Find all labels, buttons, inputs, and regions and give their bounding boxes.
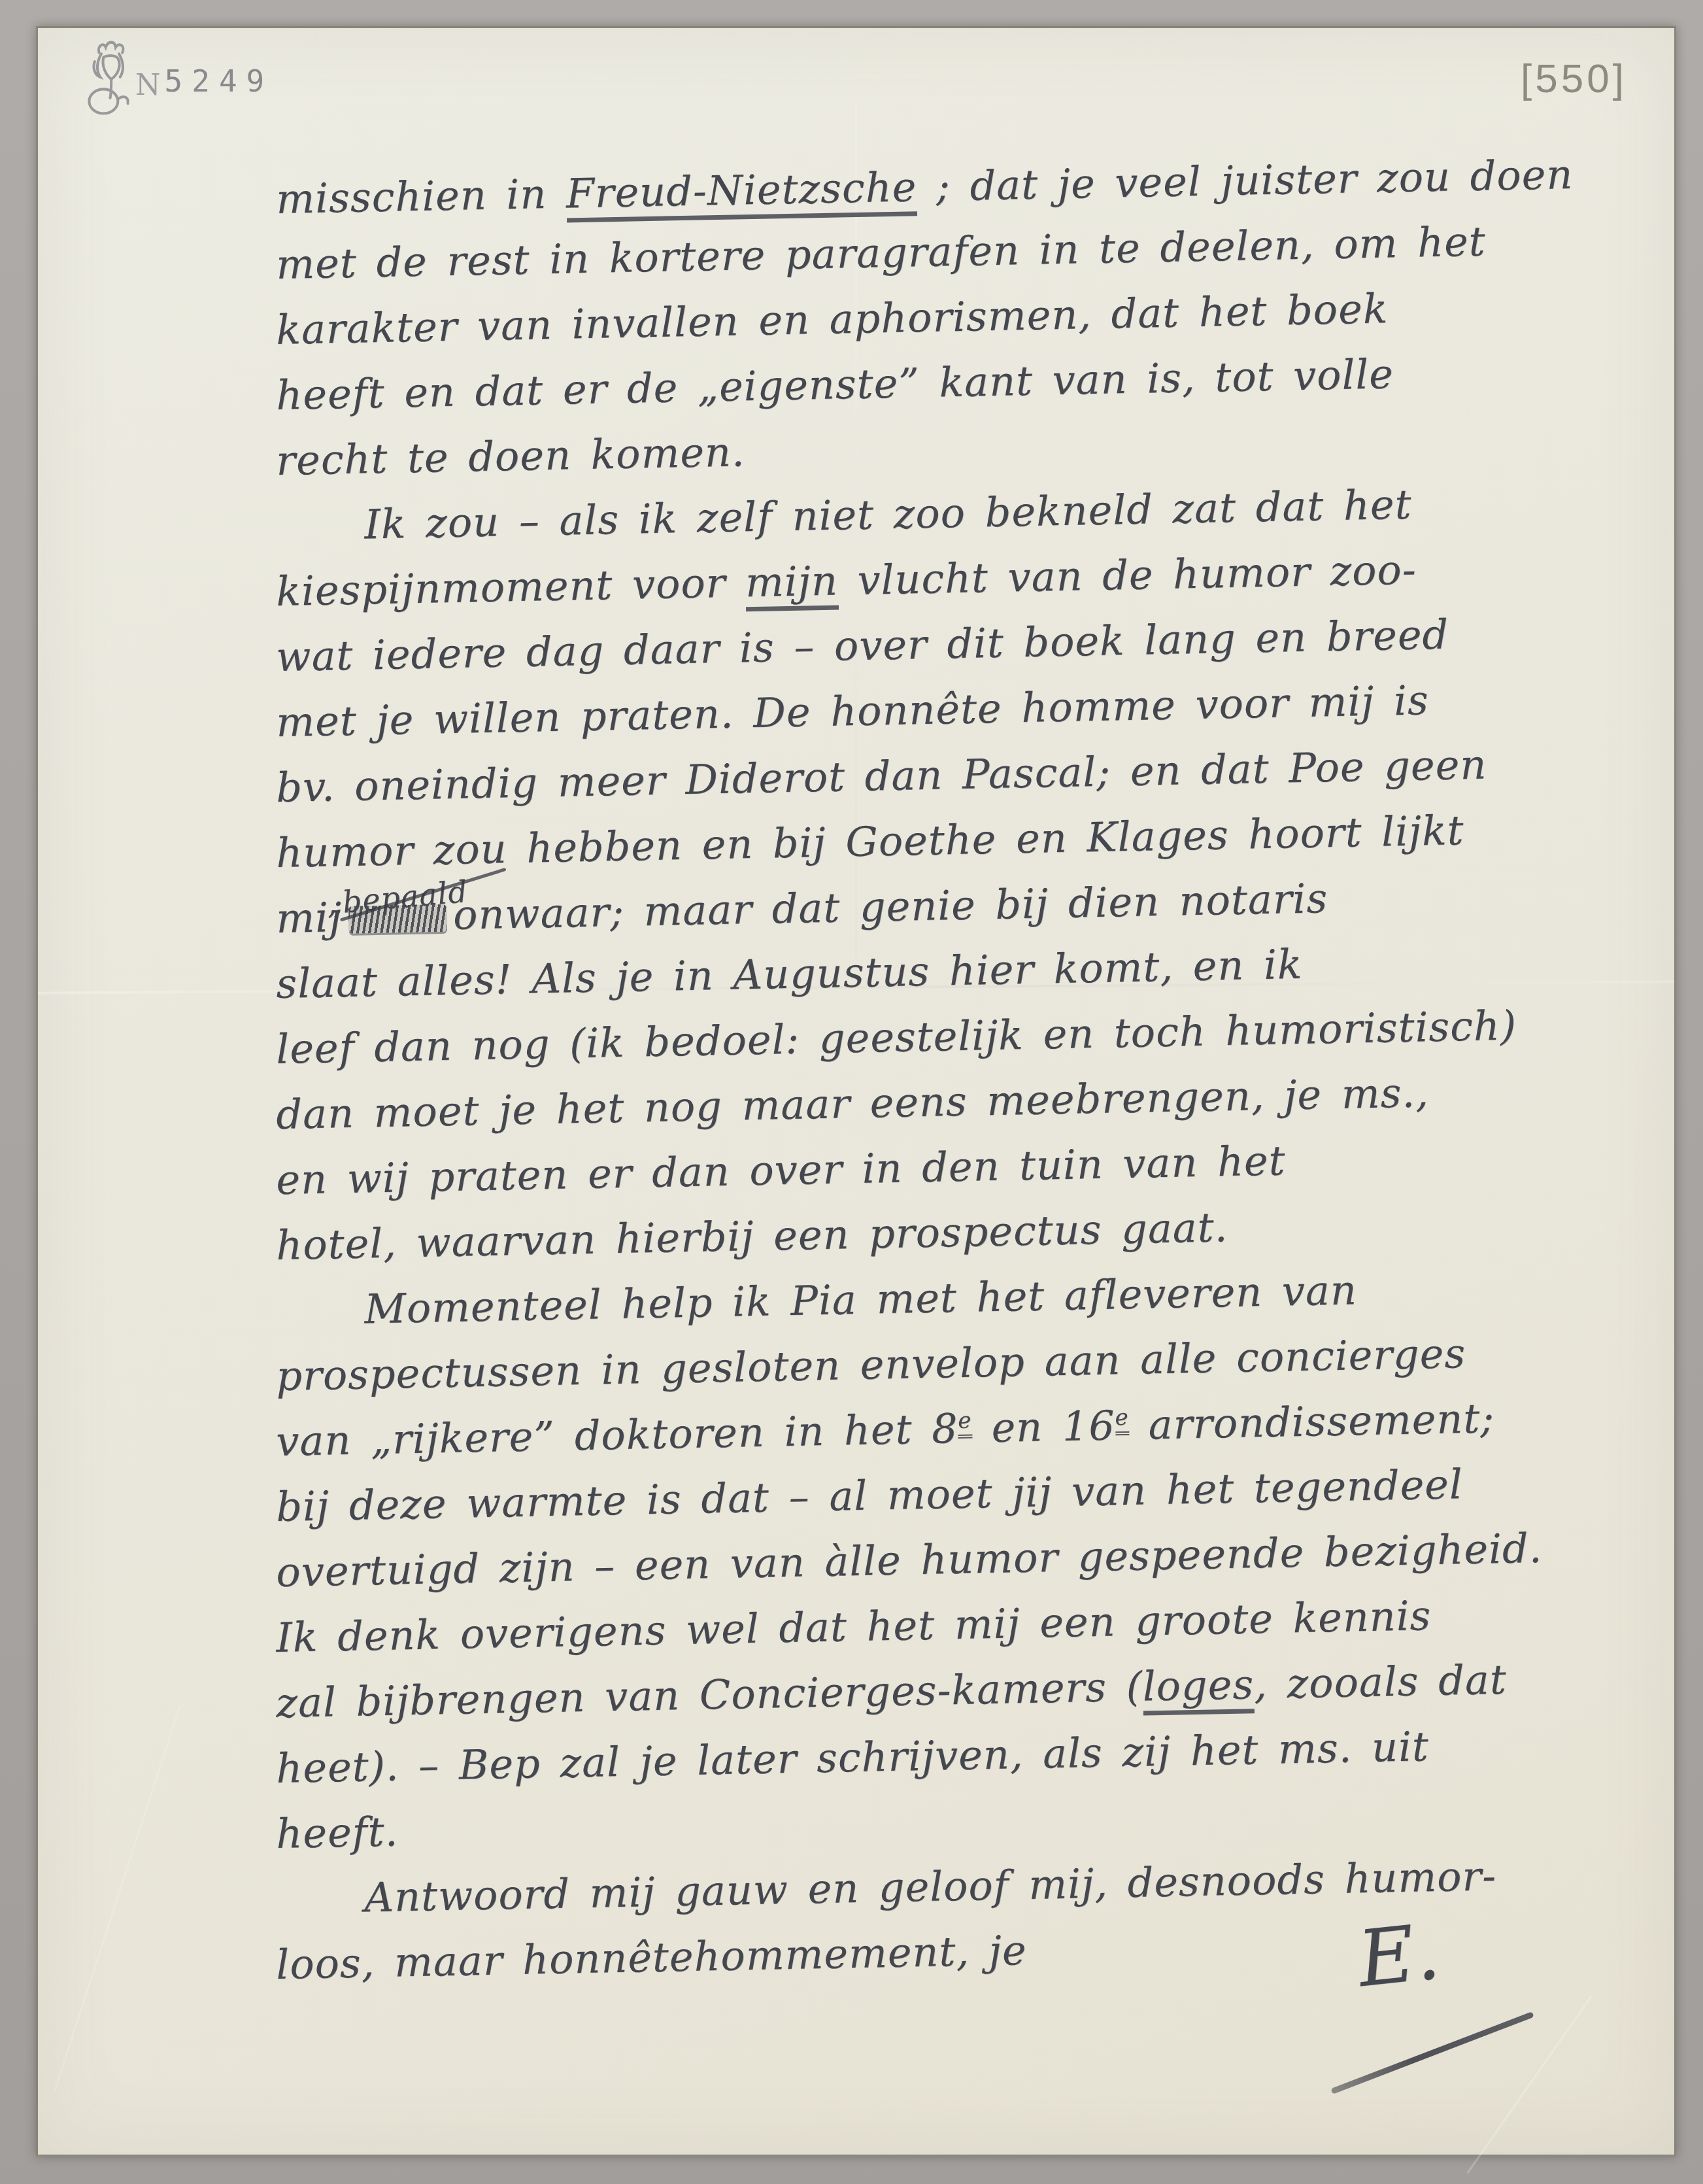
text-segment: slaat alles! Als je in Augustus hier kom… (276, 940, 1303, 1008)
text-segment: Momenteel help ik Pia met het afleveren … (364, 1266, 1358, 1333)
paper-crease (1467, 1996, 1593, 2174)
signature-flourish (1330, 2011, 1534, 2094)
text-segment: ; dat je veel juister zou doen (917, 150, 1574, 211)
stamp-letter: N (135, 69, 161, 102)
letter-body: misschien in Freud-Nietzsche ; dat je ve… (277, 167, 1649, 1998)
scribbled-out-word: „bepaald (348, 904, 447, 934)
text-segment: heet). – Bep zal je later schrijven, als… (276, 1722, 1430, 1792)
text-segment: heeft en dat er de „eigenste” kant van i… (276, 350, 1394, 419)
text-segment: Ik zou – als ik zelf niet zoo bekneld za… (364, 481, 1412, 549)
stamp-number: 5249 (165, 63, 274, 99)
library-stamp: N 5249 (76, 37, 273, 119)
letter-paper: N 5249 [550] misschien in Freud-Nietzsch… (36, 26, 1676, 2157)
text-segment: , zooals dat (1253, 1656, 1507, 1708)
text-segment: met je willen praten. De honnête homme v… (276, 676, 1430, 746)
text-segment: onwaar; maar dat genie bij dien notaris (453, 874, 1328, 939)
text-segment: e (1115, 1405, 1129, 1435)
text-segment: van „rijkere” doktoren in het 8 (276, 1405, 959, 1465)
lion-crest-icon (76, 37, 144, 119)
text-segment: en wij praten er dan over in den tuin va… (276, 1136, 1287, 1204)
inserted-word-above-line: „bepaald (324, 859, 471, 936)
text-segment: recht te doen komen. (276, 428, 746, 485)
text-segment: loges (1142, 1660, 1255, 1715)
text-segment: kiespijnmoment voor (276, 558, 746, 615)
text-segment: Freud-Nietzsche (565, 163, 917, 222)
scanned-letter-page: N 5249 [550] misschien in Freud-Nietzsch… (0, 0, 1703, 2184)
text-segment: misschien in (276, 169, 567, 223)
text-segment: arrondissement; (1128, 1394, 1495, 1449)
text-segment: vlucht van de humor zoo- (837, 546, 1417, 605)
text-segment: zal bijbrengen van Concierges-kamers ( (276, 1663, 1143, 1727)
text-segment: mijn (745, 557, 838, 612)
paper-crease (54, 1705, 180, 2092)
text-segment: en 16 (971, 1401, 1115, 1452)
text-segment: heeft. (276, 1807, 399, 1858)
text-segment: Antwoord mij gauw en geloof mij, desnood… (364, 1852, 1497, 1921)
text-segment: e (958, 1408, 972, 1439)
text-segment: dan moet je het nog maar eens meebrengen… (276, 1068, 1430, 1138)
page-marker: [550] (1521, 56, 1627, 102)
text-segment: hotel, waarvan hierbij een prospectus ga… (276, 1203, 1228, 1269)
text-segment: karakter van invallen en aphorismen, dat… (276, 284, 1389, 354)
signature: E. (1354, 1906, 1443, 2004)
text-segment: loos, maar honnêtehommement, je (276, 1926, 1028, 1988)
text-segment: Ik denk overigens wel dat het mij een gr… (276, 1592, 1432, 1662)
